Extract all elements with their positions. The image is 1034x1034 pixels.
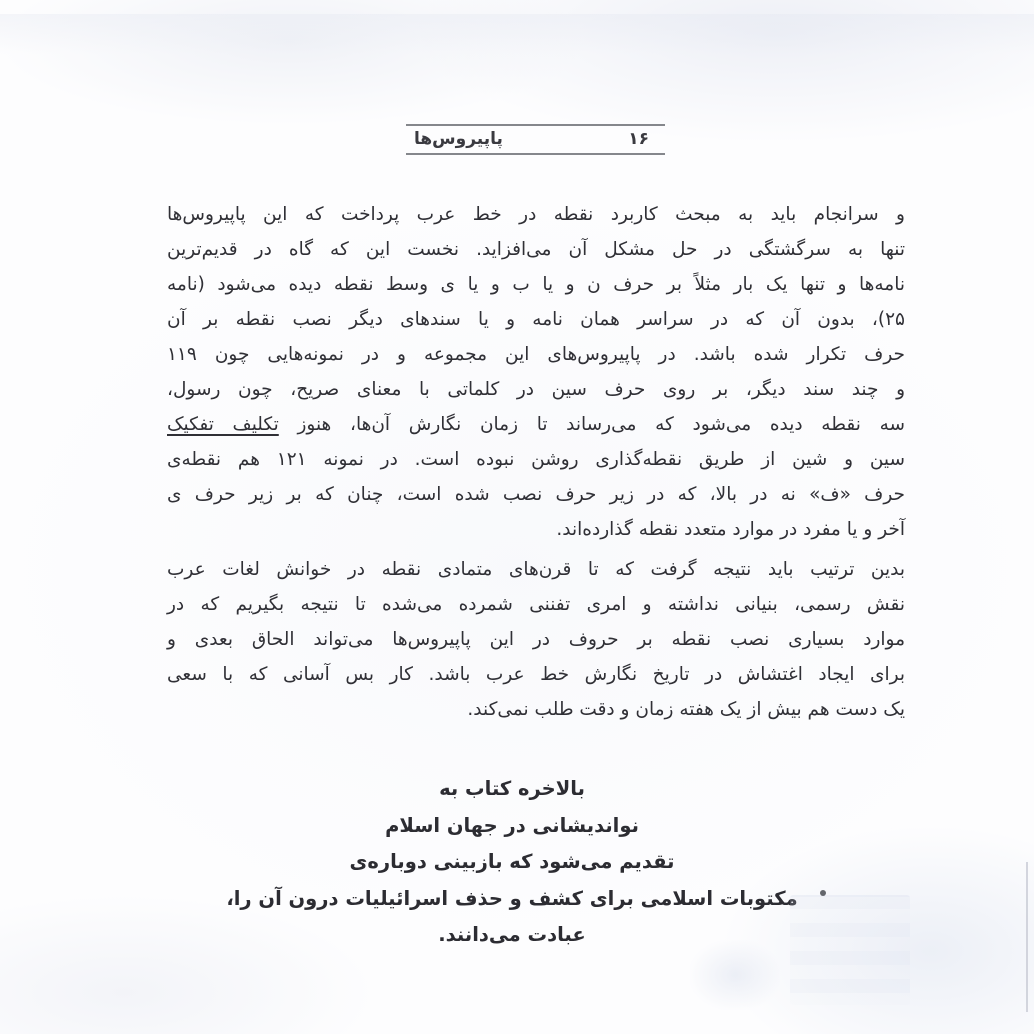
page-number: ۱۶: [628, 129, 665, 149]
body-line: نامه‌ها و تنها یک بار مثلاً بر حرف ن و ی…: [167, 267, 905, 302]
body-line-text: سه نقطه دیده می‌شود که می‌رساند تا زمان …: [279, 414, 905, 435]
body-line: و چند سند دیگر، بر روی حرف سین در کلماتی…: [167, 372, 905, 407]
running-head: ۱۶ پاپیروس‌ها: [406, 124, 665, 155]
body-line: حرف «ف» نه در بالا، که در زیر حرف نصب شد…: [167, 477, 905, 512]
body-line: بدین ترتیب باید نتیجه گرفت که تا قرن‌های…: [167, 552, 905, 587]
dedication-line: تقدیم می‌شود که بازبینی دوباره‌ی: [0, 844, 1024, 881]
page-bleedthrough-artifact: [790, 895, 910, 1005]
body-line: حرف تکرار شده باشد. در پاپیروس‌های این م…: [167, 337, 905, 372]
body-line: یک دست هم بیش از یک هفته زمان و دقت طلب …: [167, 692, 905, 727]
body-line: ۲۵)، بدون آن که در سراسر همان نامه و یا …: [167, 302, 905, 337]
chapter-title: پاپیروس‌ها: [406, 129, 503, 149]
body-line: نقش رسمی، بنیانی نداشته و امری تفننی شمر…: [167, 587, 905, 622]
body-line: سه نقطه دیده می‌شود که می‌رساند تا زمان …: [167, 407, 905, 442]
body-line: سین و شین از طریق نقطه‌گذاری روشن نبوده …: [167, 442, 905, 477]
page-bleedthrough-artifact: [690, 940, 780, 1010]
body-line: برای ایجاد اغتشاش در تاریخ نگارش خط عرب …: [167, 657, 905, 692]
dedication-line: بالاخره کتاب به: [0, 771, 1024, 808]
body-line: و سرانجام باید به مبحث کاربرد نقطه در خط…: [167, 197, 905, 232]
ink-speck-artifact: [820, 890, 826, 896]
body-line: موارد بسیاری نصب نقطه بر حروف در این پاپ…: [167, 622, 905, 657]
paragraph-2: بدین ترتیب باید نتیجه گرفت که تا قرن‌های…: [167, 552, 905, 727]
body-line: تنها به سرگشتگی در حل مشکل آن می‌افزاید.…: [167, 232, 905, 267]
body-line: آخر و یا مفرد در موارد متعدد نقطه گذارده…: [167, 512, 905, 547]
scan-edge-line-artifact: [1026, 862, 1028, 1012]
scanned-book-page: ۱۶ پاپیروس‌ها و سرانجام باید به مبحث کار…: [0, 0, 1034, 1034]
underlined-text: تکلیف تفکیک: [167, 414, 279, 435]
paragraph-1: و سرانجام باید به مبحث کاربرد نقطه در خط…: [167, 197, 905, 547]
dedication-line: نواندیشانی در جهان اسلام: [0, 808, 1024, 845]
body-text: و سرانجام باید به مبحث کاربرد نقطه در خط…: [167, 197, 905, 727]
scan-texture-band: [0, 14, 1034, 54]
